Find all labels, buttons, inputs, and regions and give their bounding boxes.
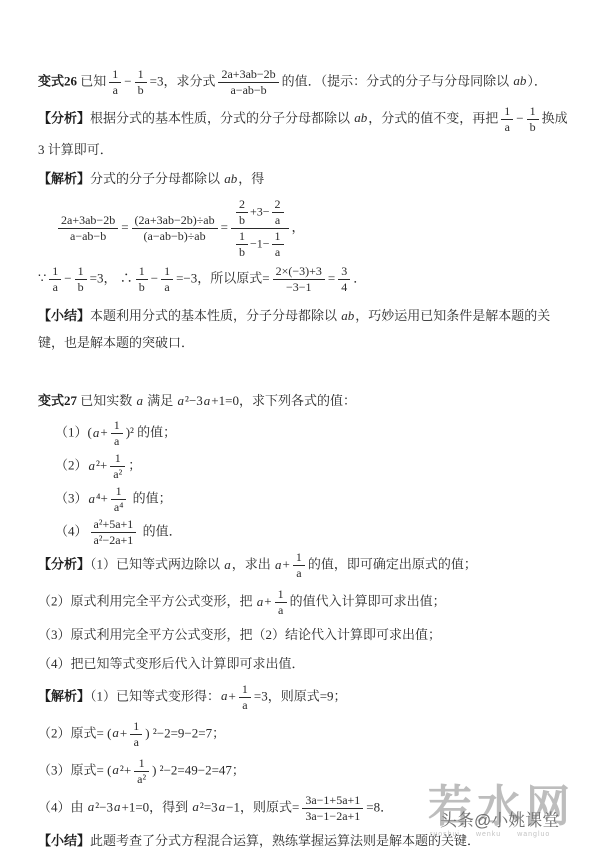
problem-26-solution-intro: 【解析】分式的分子分母都除以 ab，得	[38, 167, 572, 192]
problem-26-summary: 【小结】本题利用分式的基本性质，分子分母都除以 ab，巧妙运用已知条件是解本题的…	[38, 302, 572, 357]
problem-26-equation: 2a+3ab−2ba−ab−b=(2a+3ab−2b)÷ab(a−ab−b)÷a…	[55, 196, 572, 261]
problem-27-items: （1）(a+1a)² 的值； （2）a²+1a²； （3）a⁴+1a⁴ 的值； …	[0, 417, 600, 549]
watermark-subword: wenku	[476, 831, 501, 838]
watermark-subword: ruoshui	[430, 831, 460, 838]
problem-27-analysis-1: 【分析】（1）已知等式两边除以 a，求出 a+1a的值，即可确定出原式的值；	[38, 549, 572, 582]
problem-27-item-1: （1）(a+1a)² 的值；	[55, 417, 572, 450]
problem-27-analysis-3: （3）原式利用完全平方公式变形，把（2）结论代入计算即可求出值；	[38, 623, 572, 648]
watermark: 若水网 头条@小姚课堂 ruoshui wenku wangluo	[428, 785, 598, 843]
problem-27-statement: 变式27 已知实数 a 满足 a²−3a+1=0，求下列各式的值：	[38, 389, 572, 414]
problem-27-analysis-2: （2）原式利用完全平方公式变形，把 a+1a的值代入计算即可求出值；	[38, 586, 572, 619]
watermark-subtext: ruoshui wenku wangluo	[430, 831, 600, 838]
section-gap	[0, 361, 600, 389]
problem-27-solution-1: 【解析】（1）已知等式变形得：a+1a=3，则原式=9；	[38, 681, 572, 714]
document-page: 变式26 已知1a−1b=3，求分式2a+3ab−2ba−ab−b的值．（提示：…	[0, 0, 600, 849]
document-content: 变式26 已知1a−1b=3，求分式2a+3ab−2ba−ab−b的值．（提示：…	[0, 0, 600, 849]
problem-27-solution-2: （2）原式= (a+1a) ²−2=9−2=7；	[38, 718, 572, 751]
problem-27-item-3: （3）a⁴+1a⁴ 的值；	[55, 483, 572, 516]
problem-27-item-4: （4）a²+5a+1a²−2a+1 的值．	[55, 516, 572, 549]
watermark-subword: wangluo	[517, 831, 550, 838]
problem-27-item-2: （2）a²+1a²；	[55, 450, 572, 483]
problem-26-conclusion: ∵1a−1b=3， ∴1b−1a=−3，所以原式=2×(−3)+3−3−1=34…	[38, 263, 572, 296]
watermark-overlay-text: 头条@小姚课堂	[440, 806, 559, 831]
problem-27-analysis-4: （4）把已知等式变形后代入计算即可求出值．	[38, 652, 572, 677]
problem-26-statement: 变式26 已知1a−1b=3，求分式2a+3ab−2ba−ab−b的值．（提示：…	[38, 66, 572, 99]
problem-26-analysis: 【分析】根据分式的基本性质，分式的分子分母都除以 ab，分式的值不变，再把1a−…	[38, 103, 572, 163]
